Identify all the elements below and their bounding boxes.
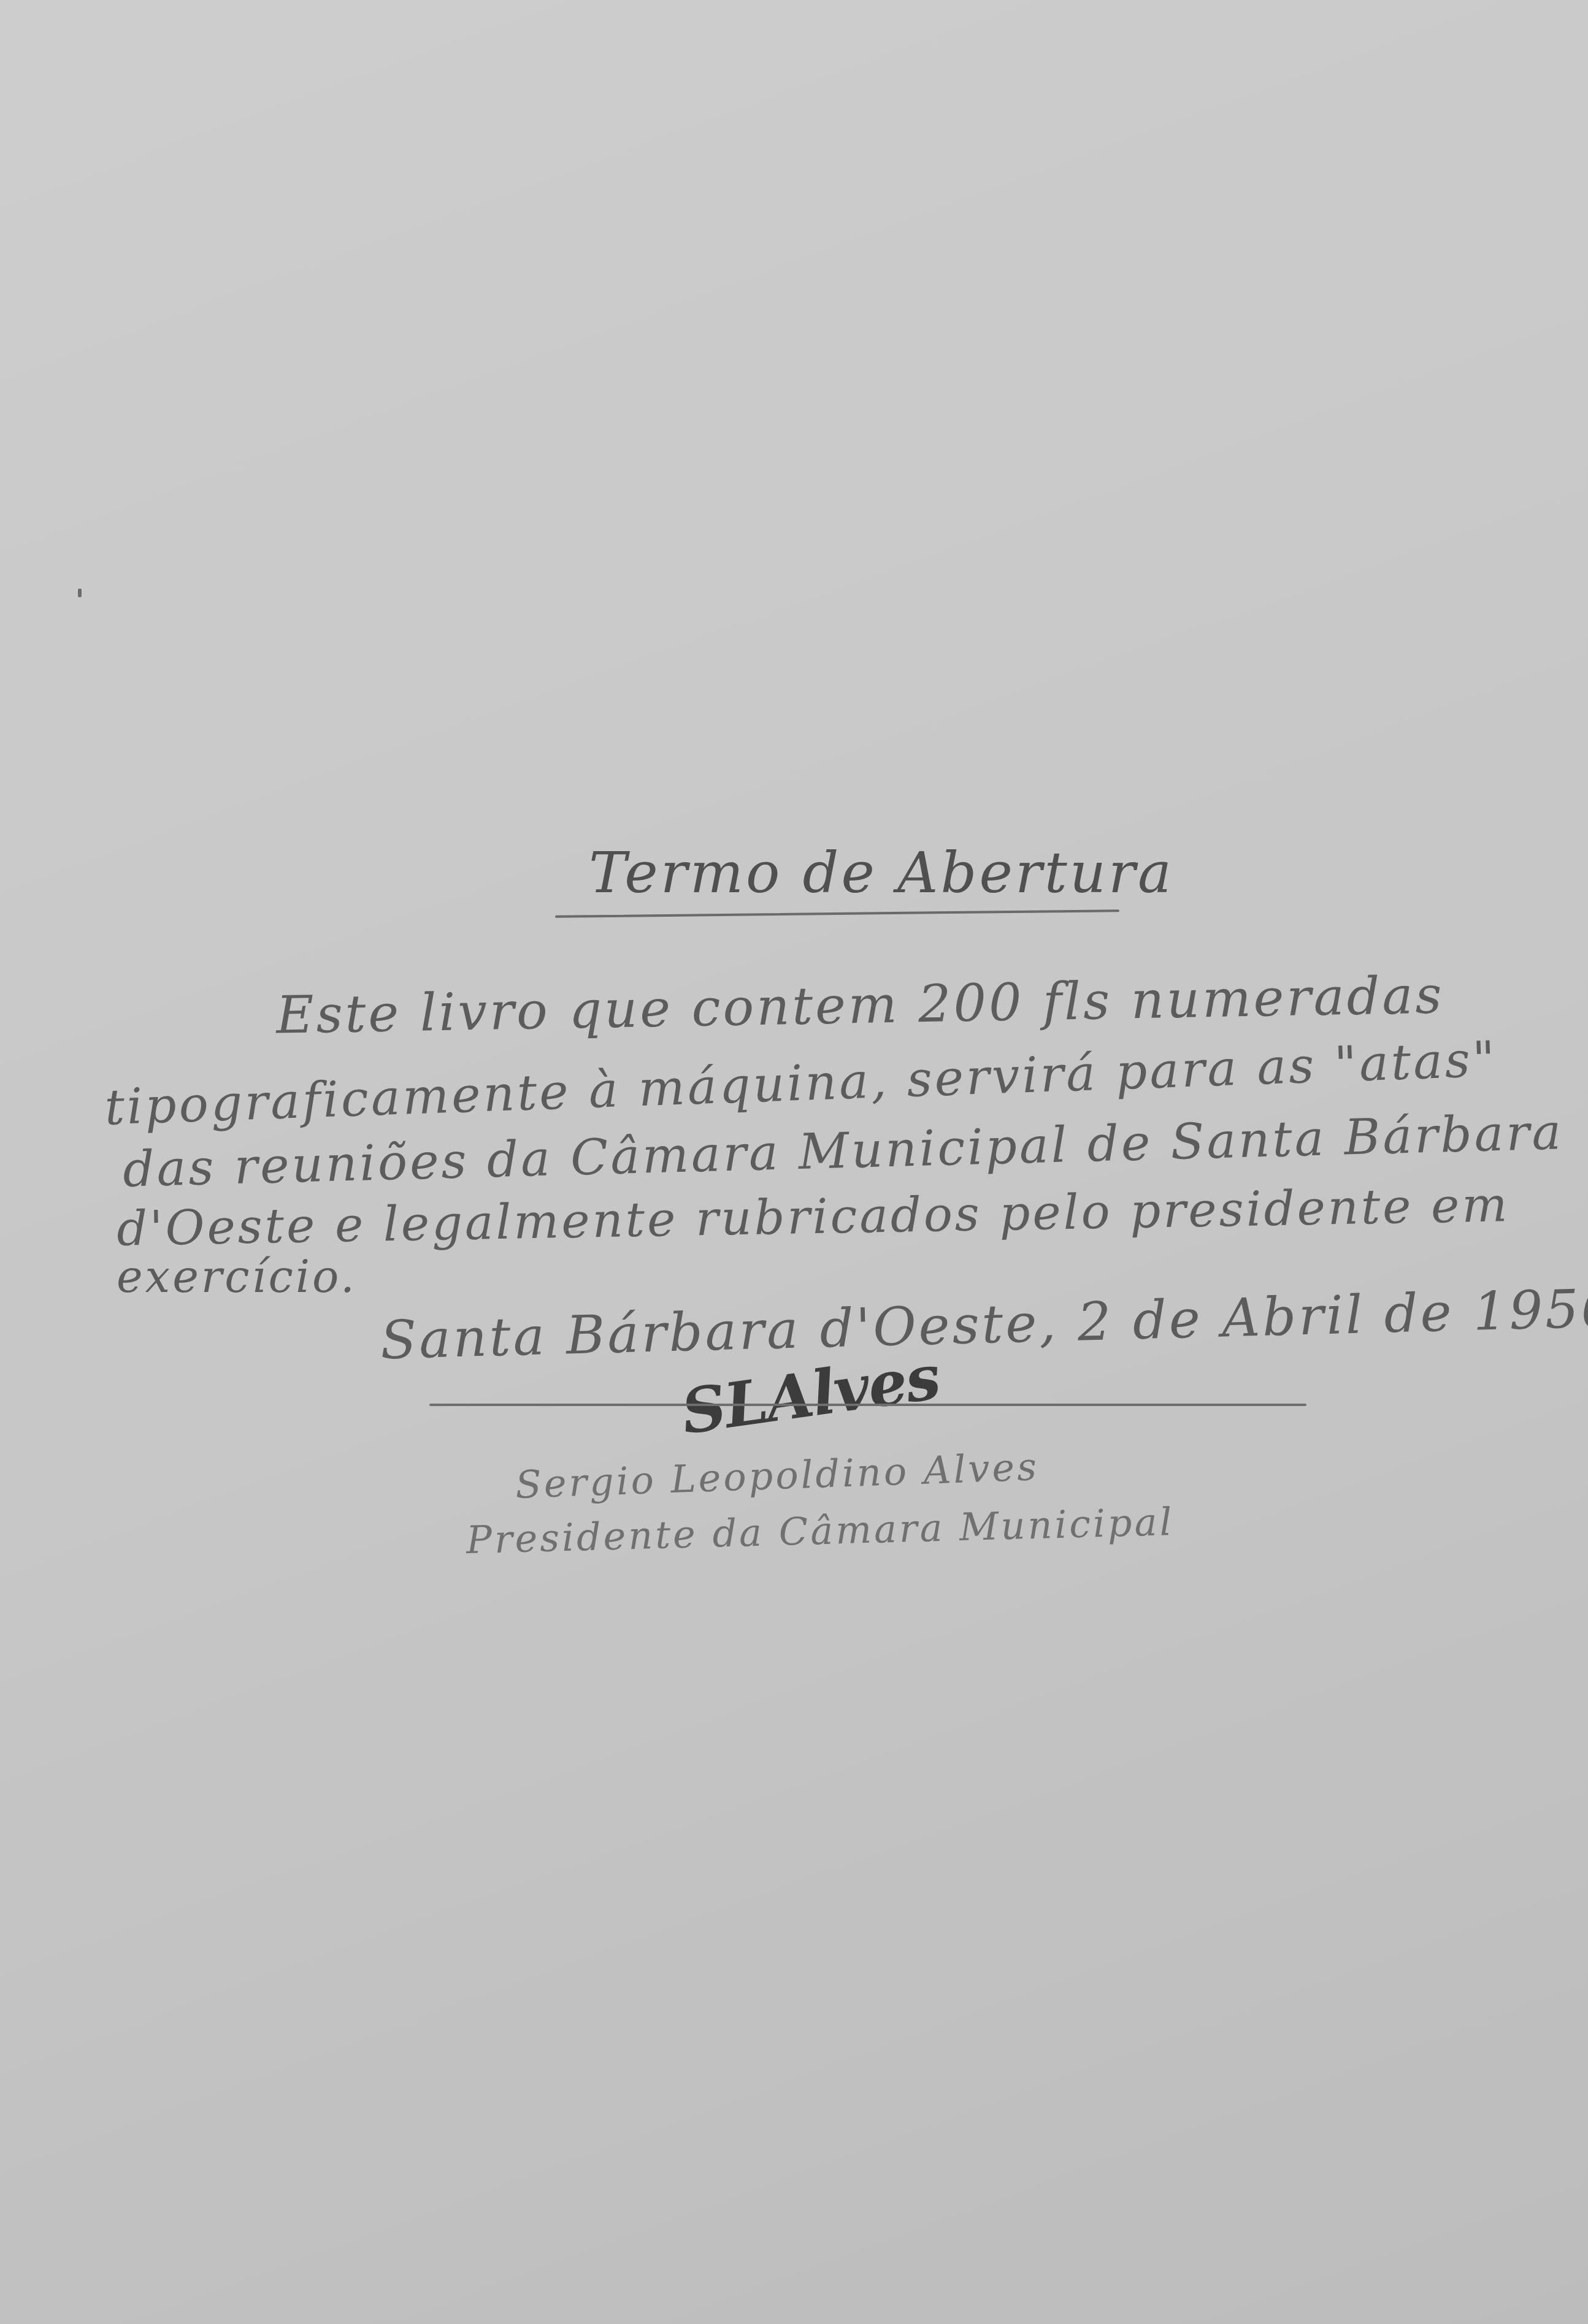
date-line: Santa Bárbara d'Oeste, 2 de Abril de 195… bbox=[380, 1278, 1588, 1372]
signature-line bbox=[429, 1404, 1306, 1406]
signer-role: Presidente da Câmara Municipal bbox=[466, 1499, 1175, 1562]
body-line-1: Este livro que contem 200 fls numeradas bbox=[275, 965, 1444, 1045]
signer-name: Sergio Leopoldino Alves bbox=[515, 1444, 1040, 1507]
body-line-5: exercício. bbox=[117, 1251, 357, 1302]
document-title: Termo de Abertura bbox=[589, 840, 1174, 906]
title-underline bbox=[555, 909, 1119, 918]
document-page: Termo de Abertura Este livro que contem … bbox=[0, 0, 1588, 2324]
paper-speck bbox=[78, 589, 82, 597]
